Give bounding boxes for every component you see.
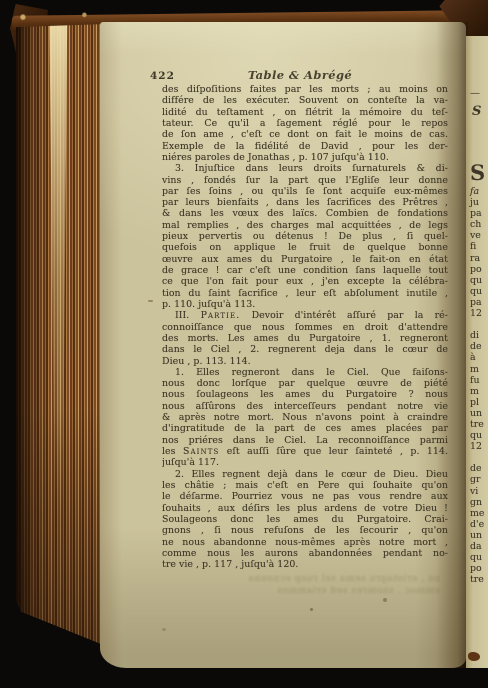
running-title: Table & Abrégé bbox=[150, 68, 450, 82]
text-line: ce que l'on fait pour eux , j'en excepte… bbox=[162, 276, 448, 287]
text-line: ne nous abandonne nous-mêmes après notre… bbox=[162, 537, 448, 548]
text-line: tion du ſaint ſacrifice , leur eſt abſol… bbox=[162, 288, 448, 299]
text-line: par ſes ſoins , ou qu'ils ſe ſont acquiſ… bbox=[162, 186, 448, 197]
right-page-text-line: qu bbox=[470, 552, 488, 563]
text-line: Dieu , p. 113. 114. bbox=[162, 356, 448, 367]
fore-edge-shadow bbox=[16, 24, 106, 646]
text-line: juſqu'à 117. bbox=[162, 457, 448, 468]
right-page-mark: — bbox=[470, 88, 480, 99]
right-page-text-line: un bbox=[470, 408, 488, 419]
text-line: nous aſſûrons des interceſſeurs pendant … bbox=[162, 401, 448, 412]
text-line: les Saints eſt auſſi ſûre que leur ſaint… bbox=[162, 446, 448, 457]
page-header: 422 Table & Abrégé bbox=[150, 68, 454, 83]
right-page-text-line: d'e bbox=[470, 519, 488, 530]
right-page-text-line: di bbox=[470, 330, 488, 341]
right-page-heading-fragment: S bbox=[472, 104, 481, 119]
text-line: Soulageons donc les ames du Purgatoire. … bbox=[162, 514, 448, 525]
right-page-text-line: vi bbox=[470, 486, 488, 497]
right-page-text-line: po bbox=[470, 563, 488, 574]
right-page-text-line: fu bbox=[470, 375, 488, 386]
right-page-text-line: pa bbox=[470, 297, 488, 308]
text-line: mal remplies , des charges mal acquittée… bbox=[162, 220, 448, 231]
text-line: différe de les exécuter. Souvent on cont… bbox=[162, 95, 448, 106]
right-page-text-fragments: fajupachvefirapoququpa12 dideàmfumpluntr… bbox=[470, 186, 488, 585]
show-through-text: emmoc , snomres sed eriammos bbox=[170, 586, 440, 597]
right-page-text-line: m bbox=[470, 364, 488, 375]
text-line: 3. Injuſtice dans leurs droits ſurnature… bbox=[162, 163, 448, 174]
right-page-text-line: po bbox=[470, 264, 488, 275]
text-line: nos priéres dans le Ciel. La reconnoiſſa… bbox=[162, 435, 448, 446]
right-page-text-line: 12 bbox=[470, 441, 488, 452]
right-page-text-line: ch bbox=[470, 219, 488, 230]
text-line: nous donc lorſque par quelque œuvre de p… bbox=[162, 378, 448, 389]
right-page-text-line bbox=[470, 452, 488, 463]
text-line: dans le Ciel , 2. regnerent deja dans le… bbox=[162, 344, 448, 355]
text-line: & dans les vœux des laïcs. Combien de fo… bbox=[162, 208, 448, 219]
text-line: 2. Elles regnent dejà dans le cœur de Di… bbox=[162, 469, 448, 480]
right-page-text-line: gr bbox=[470, 474, 488, 485]
right-page-text-line: ju bbox=[470, 197, 488, 208]
right-page-drop-cap: S bbox=[470, 160, 485, 185]
right-page-text-line: tre bbox=[470, 574, 488, 585]
right-page-text-line: de bbox=[470, 341, 488, 352]
right-page-text-line: pa bbox=[470, 208, 488, 219]
text-line: gnons , ſi nous refuſons de les ſecourir… bbox=[162, 525, 448, 536]
text-line: des diſpoſitions faites par les morts ; … bbox=[162, 84, 448, 95]
text-line: tateur. Ce qu'il a ſagement réglé pour l… bbox=[162, 118, 448, 129]
right-page-text-line bbox=[470, 319, 488, 330]
right-page-text-line: m bbox=[470, 386, 488, 397]
text-line: niéres paroles de Jonathas , p. 107 juſq… bbox=[162, 152, 448, 163]
text-line: le déſarme. Pourriez vous ne pas vous re… bbox=[162, 491, 448, 502]
text-line: 1. Elles regneront dans le Ciel. Que fai… bbox=[162, 367, 448, 378]
text-line: III. Partie. Devoir d'intérêt aſſuré par… bbox=[162, 310, 448, 321]
text-block: des diſpoſitions faites par les morts ; … bbox=[162, 84, 448, 570]
text-line: tre vie , p. 117 , juſqu'à 120. bbox=[162, 559, 448, 570]
text-line: & après notre mort. Nous n'avons point à… bbox=[162, 412, 448, 423]
text-line: les châtie ; mais c'eſt en Pere qui ſouh… bbox=[162, 480, 448, 491]
right-page-text-line: un bbox=[470, 530, 488, 541]
text-line: de grace ! car c'eſt une condition ſans … bbox=[162, 265, 448, 276]
text-line: d'ingratitude de la part de ces ames pla… bbox=[162, 423, 448, 434]
show-through-text: no , eriotagru sema sel ruop ecnonna bbox=[170, 574, 440, 585]
text-line: des morts. Les ames du Purgatoire , 1. r… bbox=[162, 333, 448, 344]
text-line: lidité du teſtament , on flétrit la mémo… bbox=[162, 107, 448, 118]
text-line: vins , fondés ſur la part que l'Egliſe l… bbox=[162, 175, 448, 186]
right-page-text-line: tre bbox=[470, 419, 488, 430]
right-page-text-line: gn bbox=[470, 497, 488, 508]
right-page-text-line: 12 bbox=[470, 308, 488, 319]
text-line: ſouhaits , aux déſirs les plus ardens de… bbox=[162, 503, 448, 514]
text-line: p. 110. juſqu'à 113. bbox=[162, 299, 448, 310]
right-page-text-line: qu bbox=[470, 430, 488, 441]
text-line: de ſon ame , c'eſt ce dont on fait le mo… bbox=[162, 129, 448, 140]
text-line: par leurs bienfaits , dans les ſacrifice… bbox=[162, 197, 448, 208]
right-page-text-line: da bbox=[470, 541, 488, 552]
text-line: comme nous les aurons abandonnées pendan… bbox=[162, 548, 448, 559]
right-page-text-line: pl bbox=[470, 397, 488, 408]
text-line: œuvre aux ames du Purgatoire , le fait-o… bbox=[162, 254, 448, 265]
right-page-text-line: fa bbox=[470, 186, 488, 197]
text-line: Exemple de la fidélité de David , pour l… bbox=[162, 141, 448, 152]
right-page-text-line: ra bbox=[470, 253, 488, 264]
right-page-text-line: qu bbox=[470, 275, 488, 286]
text-line: nous ſoulageons les ames du Purgatoire ?… bbox=[162, 389, 448, 400]
right-page-text-line: à bbox=[470, 352, 488, 363]
text-line: quefois on applique le fruit de quelque … bbox=[162, 242, 448, 253]
right-page-text-line: qu bbox=[470, 286, 488, 297]
right-page-text-line: de bbox=[470, 463, 488, 474]
right-page-text-line: fi bbox=[470, 241, 488, 252]
right-page-text-line: ve bbox=[470, 230, 488, 241]
right-page-text-line: me bbox=[470, 508, 488, 519]
book-photo: 422 Table & Abrégé des diſpoſitions fait… bbox=[0, 0, 488, 688]
right-page-sliver: — S S fajupachvefirapoququpa12 dideàmfum… bbox=[466, 36, 488, 668]
page-fore-edge-stack bbox=[16, 24, 106, 646]
text-line: pieux pervertis ou détenus ! De plus , ſ… bbox=[162, 231, 448, 242]
text-line: connoiſſance que nous ſommes en droit d'… bbox=[162, 322, 448, 333]
